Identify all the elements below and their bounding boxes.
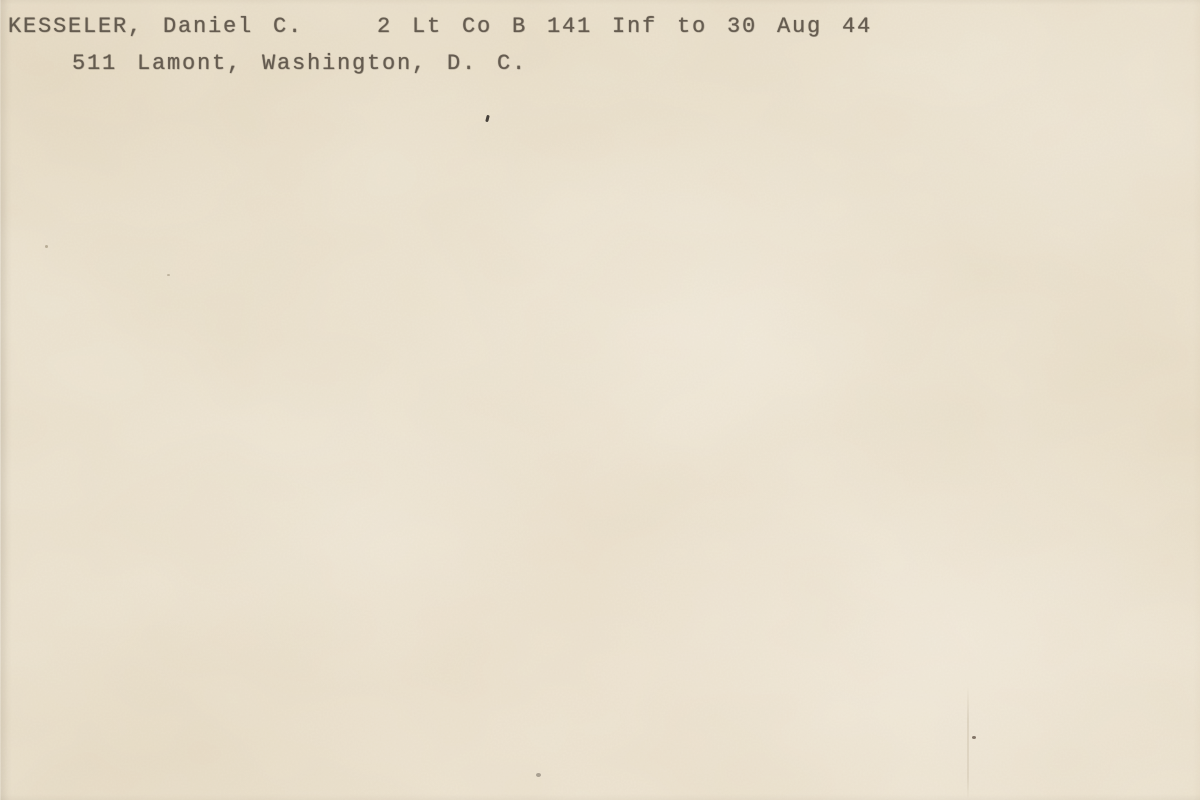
paper-speck	[536, 773, 541, 777]
typed-rank-unit-date: 2 Lt Co B 141 Inf to 30 Aug 44	[377, 14, 872, 40]
paper-speck	[45, 245, 48, 248]
paper-texture	[0, 0, 1200, 800]
typed-name: KESSELER, Daniel C.	[8, 14, 303, 40]
ink-speck	[485, 115, 490, 123]
index-card: KESSELER, Daniel C. 2 Lt Co B 141 Inf to…	[0, 0, 1200, 800]
paper-speck	[167, 274, 170, 276]
typed-address: 511 Lamont, Washington, D. C.	[72, 51, 527, 77]
paper-crease	[967, 686, 969, 800]
paper-speck	[972, 736, 976, 739]
